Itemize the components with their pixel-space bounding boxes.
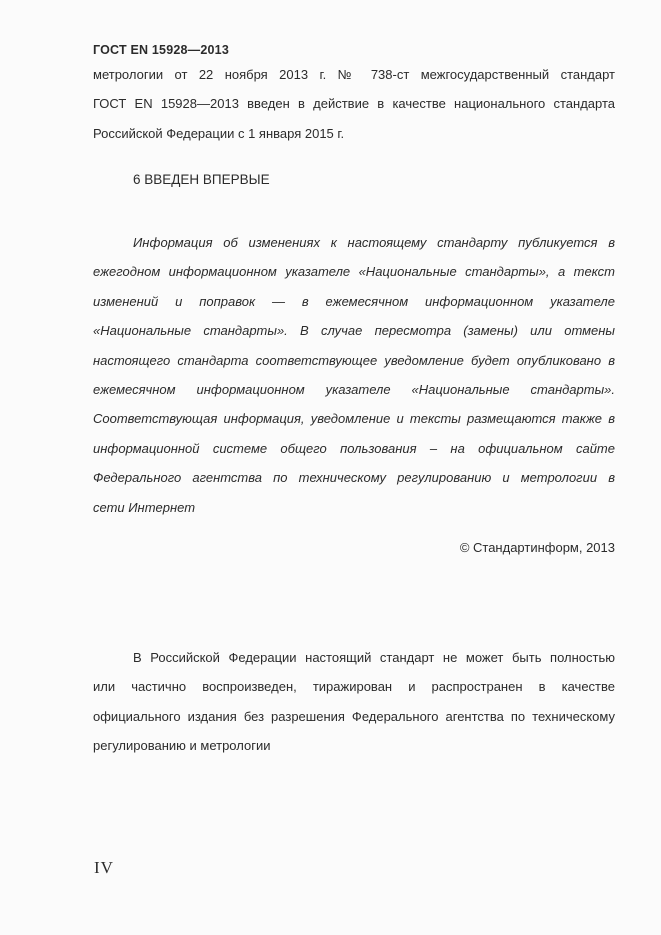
text-line: Соответствующая информация, уведомление … [93,404,615,433]
info-availability-paragraph: Информация об изменениях к настоящему ст… [93,228,615,522]
text-line: В Российской Федерации настоящий стандар… [93,643,615,672]
text-line: Информация об изменениях к настоящему ст… [93,228,615,257]
reproduction-restriction-paragraph: В Российской Федерации настоящий стандар… [93,643,615,761]
page-number: IV [94,858,114,878]
text-line: или частично воспроизведен, тиражирован … [93,672,615,701]
text-line: официального издания без разрешения Феде… [93,702,615,731]
text-line: ежемесячном информационном указателе «На… [93,375,615,404]
page-header: ГОСТ EN 15928—2013 [93,43,615,57]
text-line: «Национальные стандарты». В случае перес… [93,316,615,345]
text-line: регулированию и метрологии [93,731,615,760]
text-line: информационной системе общего пользовани… [93,434,615,463]
copyright-line: © Стандартинформ, 2013 [93,540,615,555]
text-line: ГОСТ EN 15928—2013 введен в действие в к… [93,89,615,118]
text-line: изменений и поправок — в ежемесячном инф… [93,287,615,316]
text-line: настоящего стандарта соответствующее уве… [93,346,615,375]
text-line: сети Интернет [93,493,615,522]
text-line: Федерального агентства по техническому р… [93,463,615,492]
document-page: ГОСТ EN 15928—2013 метрологии от 22 нояб… [0,0,661,935]
text-line: ежегодном информационном указателе «Наци… [93,257,615,286]
intro-paragraph: метрологии от 22 ноября 2013 г. № 738-ст… [93,60,615,148]
clause-6-heading: 6 ВВЕДЕН ВПЕРВЫЕ [133,172,270,187]
text-line: Российской Федерации с 1 января 2015 г. [93,119,615,148]
text-line: метрологии от 22 ноября 2013 г. № 738-ст… [93,60,615,89]
